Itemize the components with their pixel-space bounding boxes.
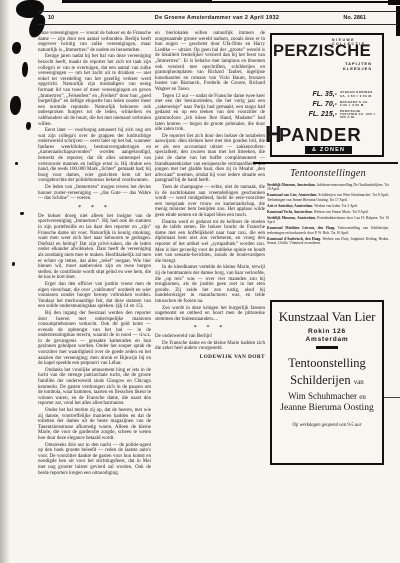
article-paragraph: Onze vereenigingen — vooral de bokser en… [38, 31, 151, 53]
exhibition-entry: Kunstzaal Vecht, Amsterdam. Werken van S… [267, 210, 389, 214]
scan-edge-shadow [0, 0, 10, 563]
gallery-name: Kunstzaal Van Lier [272, 309, 382, 325]
article-paragraph: Erger dan den officier van justitie vree… [38, 282, 151, 310]
price-list: FL. 35,-AFGHAN KONINGS CA. 1.50 × 2.50 M… [276, 91, 376, 122]
author-signature: LODEWIJK VAN DORT [155, 355, 265, 361]
price-amount: FL. 35,- [312, 91, 337, 98]
newspaper-page: 10 De Groene Amsterdammer van 2 April 19… [0, 0, 400, 563]
article-paragraph: Omstreeks drie uur in den nacht — de pol… [38, 443, 151, 477]
article-paragraph: Ondanks het vroolijke amusement hing er … [38, 368, 151, 407]
article-paragraph: Bij den ingang der feestzaal werden den … [38, 311, 151, 367]
article-paragraph: Zoo wordt in deze kringen het burgerlijk… [155, 306, 265, 323]
gallery-ad-line1: Tentoonstelling [272, 356, 382, 371]
ad-subline-2: KLEEDJES [328, 67, 372, 72]
scan-artifact [208, 1, 398, 3]
scan-artifact [388, 0, 400, 5]
carpet-advertisement: NIEUWE COLLECTIE PERZISCHE TAPIJTEN KLEE… [270, 33, 384, 157]
divider [316, 346, 338, 349]
gallery-ad-line2-small: van [354, 378, 364, 386]
article-paragraph: De bokser droeg niet alleen het insigne … [38, 214, 151, 281]
price-row: FL. 215,-PERZISCHE TAPIJTEN CA. 200 × 30… [276, 110, 376, 120]
brand-suffix: & ZONEN [305, 146, 352, 154]
article-paragraph: Eenige jaren nadat hij het bal van deze … [38, 54, 151, 127]
article-column-left: Onze vereenigingen — vooral de bokser en… [38, 31, 151, 477]
header-rule-top [38, 11, 398, 12]
gallery-ad-line3: Wim Schuhmacher en [272, 391, 382, 401]
article-paragraph: De Fransche dame en de kleine Marie hadd… [155, 341, 265, 352]
price-amount: FL. 70,- [312, 101, 337, 108]
scan-artifact [10, 96, 21, 115]
article-paragraph: De leden van „Immertreu” mogen tevens he… [38, 185, 151, 202]
section-separator: * * * [155, 324, 265, 332]
page-header: 10 De Groene Amsterdammer van 2 April 19… [38, 14, 396, 24]
exhibition-entry: Arti et Amicitiae, Amsterdam. Werken van… [267, 204, 389, 208]
scan-artifact [22, 62, 28, 77]
gallery-ad-line3-small: en [359, 393, 366, 401]
gallery-ad-line3-main: Wim Schuhmacher [288, 391, 357, 401]
gallery-ad-line4: Jeanne Bieruma Oosting [272, 403, 382, 413]
article-paragraph: Tegen 12 uur — nadat de Fransche dame tw… [155, 94, 265, 133]
article-paragraph: Daarna werd er gedanst tot de kellners d… [155, 220, 265, 265]
ad-subheadline: TAPIJTEN KLEEDJES [328, 62, 372, 72]
masthead-title: De Groene Amsterdammer van 2 April 1932 [38, 15, 396, 21]
exhibition-entry: Stedelijk Museum, Amsterdam. Jubileum-te… [267, 183, 389, 192]
exhibitions-section: Tentoonstellingen Stedelijk Museum, Amst… [267, 168, 389, 247]
section-rule [253, 162, 398, 164]
gallery-ad-hours: Op werkdagen geopend van 9-5 uur [272, 423, 382, 428]
scan-artifact [12, 42, 21, 54]
gallery-address: Rokin 126 [272, 328, 382, 335]
price-row: FL. 35,-AFGHAN KONINGS CA. 1.50 × 2.50 M… [276, 91, 376, 98]
gallery-city: Amsterdam [272, 336, 382, 343]
price-caption: BOCHARA'S CA. 2.00 × 3.00 M. [340, 101, 376, 107]
article-paragraph: De reporter liet zich door den bokser de… [155, 134, 265, 184]
gallery-ad-line2-main: Schilderijen [290, 373, 350, 387]
scan-artifact [62, 0, 212, 3]
article-column-middle: en bierlokalen willen natuurlijk immers … [155, 31, 265, 361]
header-rule-bottom [38, 24, 398, 25]
exhibition-entry: Kunstzaal van Lier, Amsterdam. Schilderi… [267, 193, 389, 202]
scan-artifact [26, 122, 31, 130]
exhibition-entry: Stedelijk Museum, Amsterdam. Pottenbakke… [267, 216, 389, 225]
article-paragraph: Toen de champagne — echte, niet de namaa… [155, 185, 265, 219]
price-caption: PERZISCHE TAPIJTEN CA. 200 × 300 C.M. [340, 110, 376, 120]
article-paragraph: Eerst later — voorloopig amuseert hij zi… [38, 128, 151, 184]
price-amount: FL. 215,- [309, 111, 337, 118]
exhibitions-title: Tentoonstellingen [267, 168, 389, 179]
gallery-advertisement: Kunstzaal Van Lier Rokin 126 Amsterdam T… [270, 300, 384, 465]
price-row: FL. 70,-BOCHARA'S CA. 2.00 × 3.00 M. [276, 101, 376, 108]
exhibitions-list: Stedelijk Museum, Amsterdam. Jubileum-te… [267, 183, 389, 245]
issue-number: No. 2861 [343, 15, 366, 21]
scan-artifact [15, 162, 18, 165]
brand-name: PANDER [279, 124, 362, 146]
ad-headline: PERZISCHE [273, 42, 371, 61]
exhibition-entry: Kunstzaal d'Audretsch, den Haag. Werken … [267, 237, 389, 246]
section-separator: * * * [38, 204, 151, 212]
scan-artifact [20, 212, 24, 215]
article-paragraph: In de kleedkamer vertelde de kleine Mari… [155, 265, 265, 304]
price-caption: AFGHAN KONINGS CA. 1.50 × 2.50 M. [340, 91, 376, 97]
exhibition-entry: Kunstzaal Matthieu Liernur, den Haag. Te… [267, 226, 389, 235]
gallery-ad-line2: Schilderijen van [272, 373, 382, 388]
scan-artifact [12, 262, 15, 266]
article-paragraph: De onderwereld van Berlijn! [155, 334, 265, 340]
article-paragraph: en bierlokalen willen natuurlijk immers … [155, 31, 265, 93]
article-paragraph: Onder het bal merkte zij op, dat de heer… [38, 408, 151, 442]
